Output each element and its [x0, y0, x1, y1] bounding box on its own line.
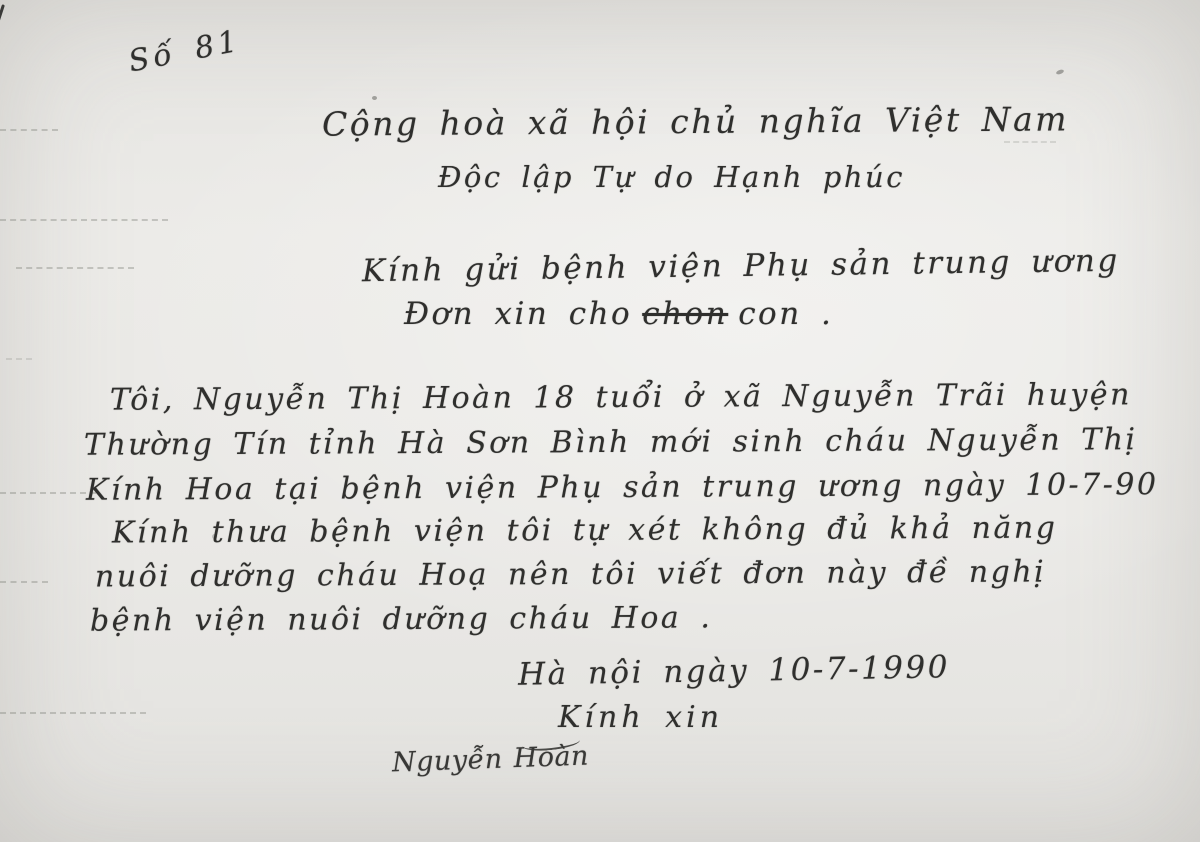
body-text-line: Tôi, Nguyễn Thị Hoàn 18 tuổi ở xã Nguyễn…: [110, 377, 1132, 417]
closing-phrase: Kính xin: [558, 700, 723, 735]
national-motto-line: Độc lập Tự do Hạnh phúc: [438, 160, 905, 194]
ruled-line: [1004, 141, 1056, 143]
body-text-line: nuôi dưỡng cháu Hoạ nên tôi viết đơn này…: [95, 555, 1046, 595]
ruled-line: [0, 129, 58, 131]
ruled-line: [0, 712, 146, 714]
subject-text-pre: Đơn xin cho: [404, 296, 632, 332]
ruled-line: [16, 267, 134, 269]
ruled-line: [0, 219, 168, 221]
recipient-line: Kính gửi bệnh viện Phụ sản trung ương: [362, 243, 1120, 290]
ink-speck: [1056, 69, 1065, 75]
crossed-out-word: chon: [642, 296, 728, 332]
ruled-line: [6, 358, 32, 360]
body-text-line: bệnh viện nuôi dưỡng cháu Hoa .: [90, 600, 713, 638]
ruled-line: [0, 581, 48, 583]
ink-speck: [372, 96, 377, 100]
signature: Nguyễn Hoàn: [392, 741, 590, 779]
corner-pen-mark: [0, 4, 5, 30]
body-text-line: Thường Tín tỉnh Hà Sơn Bình mới sinh chá…: [84, 422, 1138, 463]
place-and-date-line: Hà nội ngày 10-7-1990: [518, 649, 951, 693]
ruled-line: [0, 492, 96, 494]
body-text-line: Kính Hoa tại bệnh viện Phụ sản trung ươn…: [86, 467, 1159, 508]
national-header-line: Cộng hoà xã hội chủ nghĩa Việt Nam: [322, 99, 1069, 143]
handwritten-letter-scan: Số 81 Cộng hoà xã hội chủ nghĩa Việt Nam…: [0, 0, 1200, 842]
body-text-line: Kính thưa bệnh viện tôi tự xét không đủ …: [112, 511, 1058, 551]
document-number: Số 81: [126, 23, 244, 79]
subject-text-post: con .: [738, 296, 833, 332]
letter-subject-line: Đơn xin chochoncon .: [404, 296, 833, 332]
